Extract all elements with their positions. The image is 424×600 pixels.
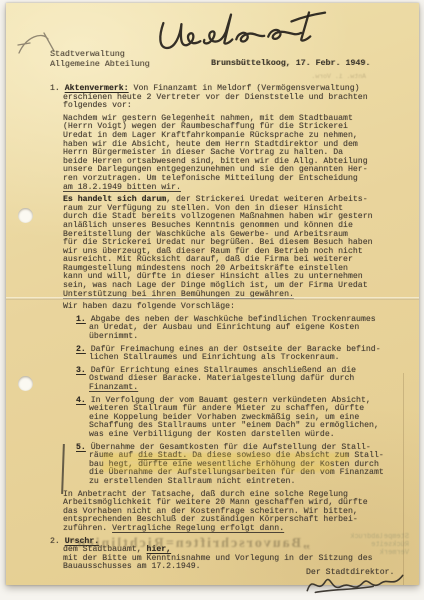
proposal-3: 3. Dafür Errichtung eines Stallraumes an…: [76, 367, 404, 393]
proposal-4: 4. In Verfolgung der vom Bauamt gestern …: [76, 397, 404, 440]
stamp-bleed-through: „Bauvorschriften=Richtlinien“: [34, 536, 310, 558]
paragraph-nachdem: Nachdem wir gestern Gelegenheit nahmen, …: [63, 115, 404, 192]
proposal-2: 2. Dafür Freimachung eines an der Ostsei…: [76, 346, 404, 363]
proposal-1: 1. Abgabe des neben der Waschküche befin…: [76, 316, 404, 342]
office-line-2: Allgemeine Abteilung: [50, 60, 150, 70]
hole-punch-bottom: [18, 376, 33, 391]
paper-sheet: Stadtverwaltung Allgemeine Abteilung Bru…: [6, 3, 419, 585]
dateline: Brunsbüttelkoog, 17. Febr. 1949.: [211, 59, 370, 69]
office-line-1: Stadtverwaltung: [50, 50, 150, 60]
signature-handwritten: [303, 567, 408, 597]
memo-item-1: 1. Aktenvermerk: Von Finanzamt in Meldor…: [50, 85, 404, 111]
scanned-document: Stadtverwaltung Allgemeine Abteilung Bru…: [0, 0, 424, 600]
memo-body: 1. Aktenvermerk: Von Finanzamt in Meldor…: [50, 85, 404, 576]
office-block: Stadtverwaltung Allgemeine Abteilung: [50, 50, 150, 69]
highlighter-mark: [102, 463, 332, 472]
reverse-side-bleed: Stempelabdruck Rückseite Vermerk: [323, 533, 409, 557]
paragraph-anbetracht: In Anbetracht der Tatsache, daß durch ei…: [63, 491, 404, 534]
paragraph-vorschlaege-intro: Wir haben dazu folgende Vorschläge:: [63, 303, 404, 312]
fold-crease: [6, 297, 419, 300]
paragraph-es-handelt: Es handelt sich darum, der Strickerei Ur…: [63, 196, 404, 299]
hole-punch-top: [18, 208, 33, 223]
highlighter-mark: [102, 453, 348, 462]
ink-bleed-ghost: Antw. i. Vorw.: [256, 73, 366, 81]
handwritten-note-uredat: [153, 6, 331, 59]
